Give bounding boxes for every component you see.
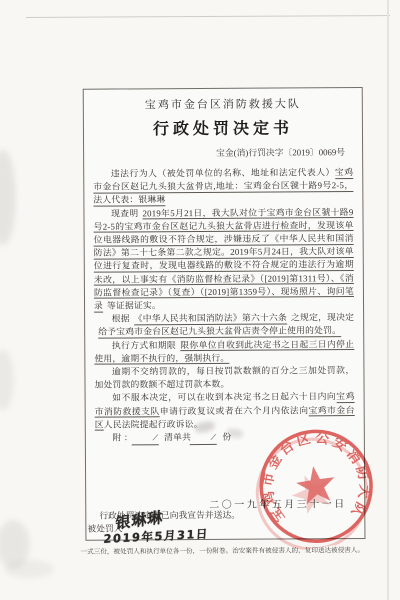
paragraph-appeal: 如不服本决定，可以在收到本决定书之日起六十日内向宝鸡市消防救援支队申请行政复议或… [95, 391, 355, 432]
paragraph-attachment: 附 ：∕清单共∕份 [95, 430, 355, 446]
attachment-pre: 附 ： [112, 432, 132, 442]
document-number: 宝金(消)行罚决字〔2019〕0069号 [93, 145, 353, 160]
penalty-decision-fill: 给予宝鸡市金台区赵记九头狼大盆骨店责令停止使用的处罚。 [98, 326, 341, 339]
document-body: 违法行为人（被处罚单位的名称、地址和法定代表人）宝鸡市金台区赵记九头狼大盆骨店,… [93, 166, 355, 446]
attachment-slash-mark: ∕ [190, 431, 220, 445]
basis-mid: 之规定，现决定 [291, 312, 354, 322]
violator-label: 违法行为人（被处罚单位的名称、地址和法定代表人） [111, 167, 335, 178]
issuing-agency: 宝鸡市金台区消防救援大队 [93, 95, 353, 113]
document-paper: 宝鸡市金台区消防救援大队 行政处罚决定书 宝金(消)行罚决字〔2019〕0069… [0, 0, 400, 600]
paragraph-execution: 执行方式和期限限你单位自收到此决定书之日起三日内停止使用，逾期不执行的，强制执行… [94, 338, 354, 366]
appeal-pre: 如不服本决定，可以在收到本决定书之日起六十日内向 [112, 392, 336, 403]
findings-label: 现查明 [111, 208, 138, 218]
findings-fill: 2019年5月21日，我大队对位于宝鸡市金台区虢十路9号2-5的宝鸡市金台区赵记… [94, 207, 354, 313]
scanned-document-page: 宝鸡市金台区消防救援大队 行政处罚决定书 宝金(消)行罚决字〔2019〕0069… [0, 0, 400, 600]
findings-suffix: 等证据证实。 [107, 300, 161, 310]
attachment-slash-mark: ∕ [132, 431, 162, 445]
document-title: 行政处罚决定书 [93, 115, 353, 140]
basis-label: 根据 [112, 314, 130, 324]
paragraph-violator: 违法行为人（被处罚单位的名称、地址和法定代表人）宝鸡市金台区赵记九头狼大盆骨店,… [93, 166, 353, 207]
paragraph-late-fine: 逾期不交纳罚款的，每日按罚款数额的百分之三加处罚款，加处罚款的数额不超过罚款本数… [94, 364, 354, 392]
appeal-post: 人民法院提起行政诉讼。 [104, 419, 203, 430]
decision-form-frame: 宝鸡市金台区消防救援大队 行政处罚决定书 宝金(消)行罚决字〔2019〕0069… [83, 87, 366, 541]
basis-law-fill: 《中华人民共和国消防法》第六十六条 [134, 313, 287, 325]
paragraph-legal-basis: 根据《中华人民共和国消防法》第六十六条之规定，现决定给予宝鸡市金台区赵记九头狼大… [94, 311, 354, 339]
paragraph-findings: 现查明2019年5月21日，我大队对位于宝鸡市金台区虢十路9号2-5的宝鸡市金台… [93, 206, 354, 313]
attachment-mid: 清单共 [164, 432, 191, 442]
appeal-mid: 申请行政复议或者在六个月内依法向 [160, 405, 309, 416]
execution-label: 执行方式和期限 [112, 340, 176, 350]
